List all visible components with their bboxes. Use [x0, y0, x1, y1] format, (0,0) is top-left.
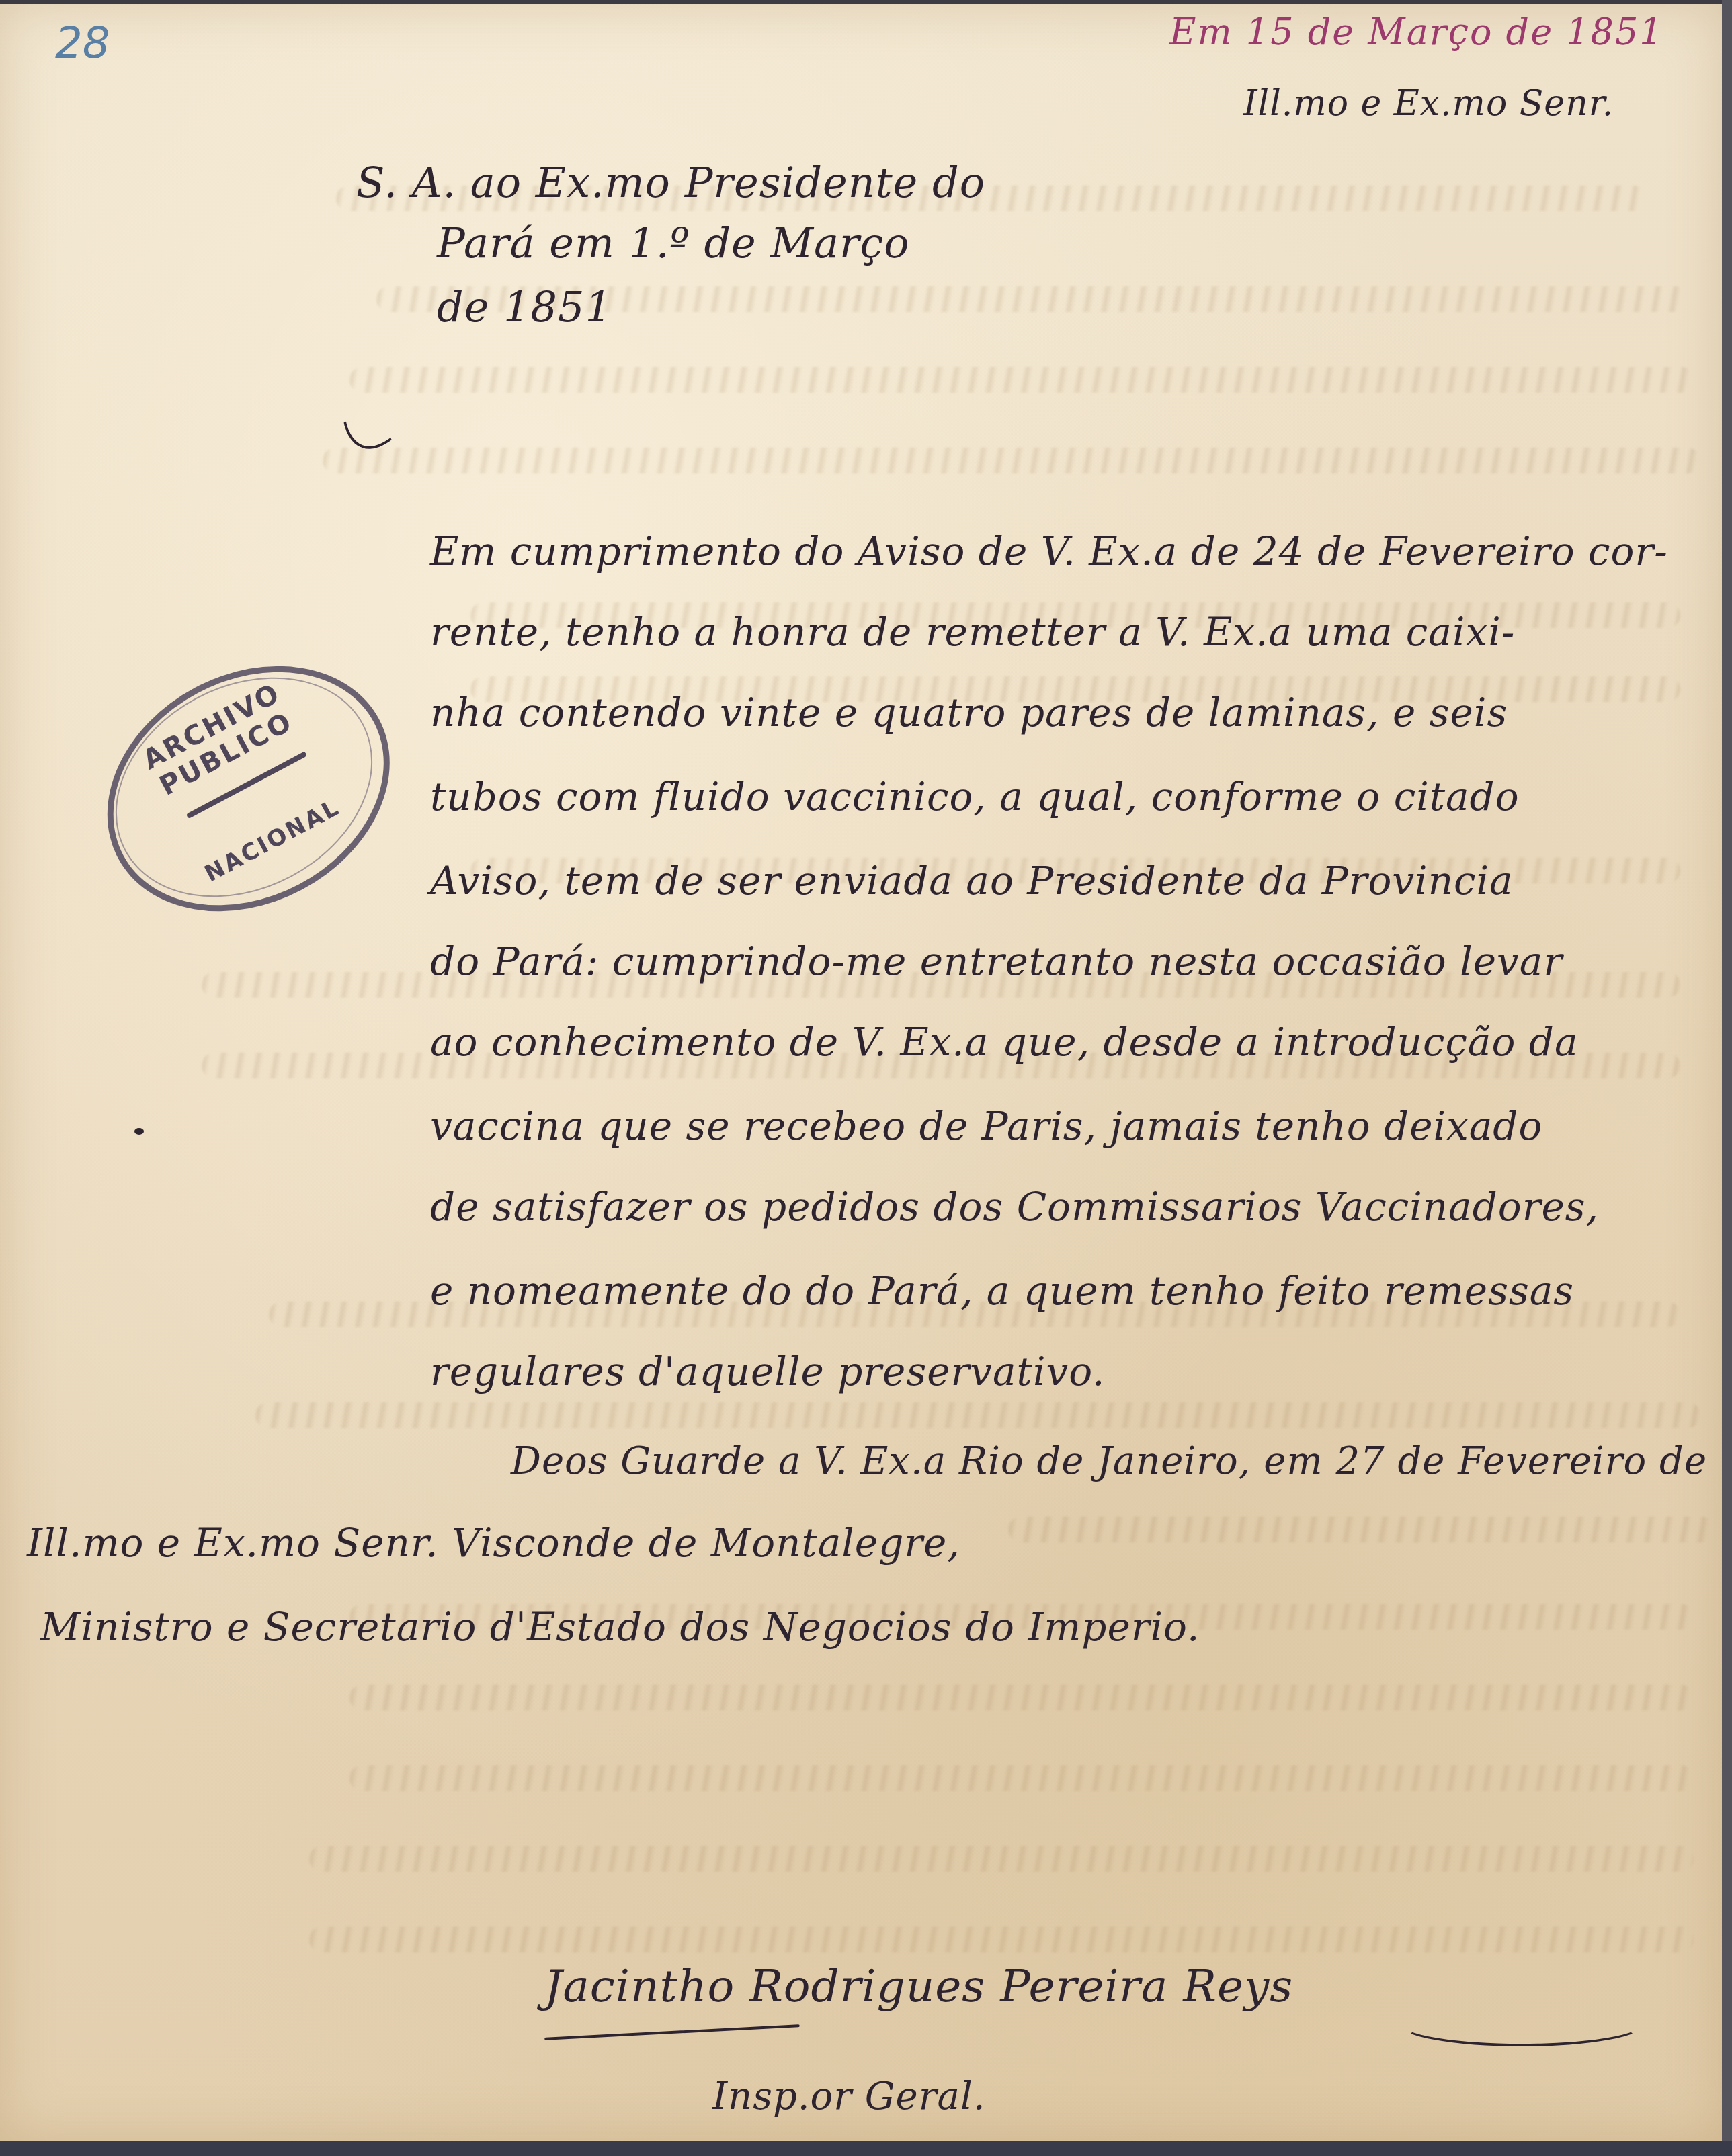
- signature-flourish: [1398, 2001, 1645, 2046]
- signature-underline: [544, 2024, 800, 2040]
- margin-note-line-2: Pará em 1.º de Março: [437, 223, 910, 264]
- body-line-11: regulares d'aquelle preservativo.: [430, 1349, 1106, 1394]
- received-date-note: Em 15 de Março de 1851: [1169, 11, 1664, 53]
- signature-name: Jacintho Rodrigues Pereira Reys: [544, 1960, 1293, 2012]
- addressee-line-2: Ministro e Secretario d'Estado dos Negoc…: [40, 1604, 1200, 1650]
- folio-number: 28: [55, 19, 110, 69]
- salutation: Ill.mo e Ex.mo Senr.: [1243, 83, 1614, 124]
- body-line-6: do Pará: cumprindo-me entretanto nesta o…: [430, 939, 1563, 984]
- body-line-5: Aviso, tem de ser enviada ao Presidente …: [430, 858, 1514, 904]
- scan-border-bottom: [0, 2141, 1732, 2156]
- signature-title: Insp.or Geral.: [712, 2075, 986, 2118]
- body-line-10: e nomeamente do do Pará, a quem tenho fe…: [430, 1268, 1574, 1314]
- body-line-4: tubos com fluido vaccinico, a qual, conf…: [430, 774, 1520, 820]
- ink-blot: [134, 1128, 144, 1135]
- document-page: 28 Em 15 de Março de 1851 Ill.mo e Ex.mo…: [0, 4, 1722, 2142]
- addressee-line-1: Ill.mo e Ex.mo Senr. Visconde de Montale…: [27, 1520, 960, 1566]
- body-line-8: vaccina que se recebeo de Paris, jamais …: [430, 1103, 1542, 1149]
- body-line-1: Em cumprimento do Aviso de V. Ex.a de 24…: [430, 528, 1668, 574]
- body-line-9: de satisfazer os pedidos dos Commissario…: [430, 1184, 1599, 1230]
- scan-border-right: [1722, 0, 1732, 2156]
- margin-note-line-1: S. A. ao Ex.mo Presidente do: [356, 162, 985, 204]
- closing-line: Deos Guarde a V. Ex.a Rio de Janeiro, em…: [511, 1439, 1732, 1483]
- body-line-7: ao conhecimento de V. Ex.a que, desde a …: [430, 1019, 1579, 1065]
- body-line-3: nha contendo vinte e quatro pares de lam…: [430, 690, 1508, 735]
- margin-note-line-3: de 1851: [437, 286, 612, 328]
- body-line-2: rente, tenho a honra de remetter a V. Ex…: [430, 609, 1515, 655]
- bleed-through-texture: [0, 4, 1722, 2142]
- archive-stamp: ARCHIVO PUBLICO NACIONAL: [65, 621, 424, 953]
